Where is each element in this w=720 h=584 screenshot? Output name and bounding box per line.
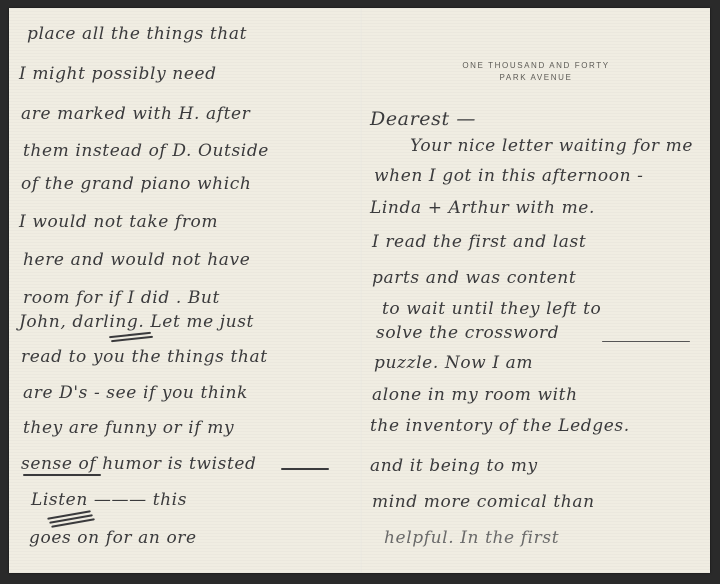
handwritten-line: read to you the things that — [21, 349, 268, 366]
underline-twisted — [281, 468, 329, 470]
handwritten-line: to wait until they left to — [382, 301, 601, 318]
handwritten-line: helpful. In the first — [384, 530, 559, 547]
letter-sheet: place all the things that I might possib… — [9, 8, 710, 573]
handwritten-line: room for if I did . But — [23, 290, 220, 307]
handwritten-line: when I got in this afternoon - — [374, 168, 643, 185]
pen-flourish — [602, 341, 690, 342]
handwritten-line: the inventory of the Ledges. — [370, 418, 630, 435]
handwritten-line: Listen ——— this — [31, 492, 187, 509]
handwritten-line: are D's - see if you think — [23, 385, 248, 402]
handwritten-line: and it being to my — [370, 458, 538, 475]
right-page: One Thousand and Forty Park Avenue Deare… — [362, 8, 710, 573]
handwritten-line: Linda + Arthur with me. — [370, 200, 595, 217]
handwritten-line: I read the first and last — [372, 234, 586, 251]
handwritten-line: I might possibly need — [19, 66, 217, 83]
handwritten-line: place all the things that — [27, 26, 247, 43]
handwritten-line: solve the crossword — [376, 325, 559, 342]
handwritten-line: goes on for an ore — [29, 530, 197, 547]
handwritten-line: they are funny or if my — [23, 420, 234, 437]
handwritten-line: here and would not have — [23, 252, 250, 269]
handwritten-line: mind more comical than — [372, 494, 595, 511]
handwritten-line: puzzle. Now I am — [374, 355, 533, 372]
salutation: Dearest — — [370, 110, 476, 129]
letterhead-line-2: Park Avenue — [362, 73, 710, 82]
handwritten-line: I would not take from — [19, 214, 218, 231]
handwritten-line: are marked with H. after — [21, 106, 250, 123]
handwritten-line: Your nice letter waiting for me — [410, 138, 693, 155]
handwritten-line: parts and was content — [372, 270, 576, 287]
handwritten-line: alone in my room with — [372, 387, 578, 404]
handwritten-line: sense of humor is twisted — [21, 456, 257, 473]
handwritten-line: John, darling. Let me just — [19, 314, 254, 331]
handwritten-line: of the grand piano which — [21, 176, 251, 193]
underline-sense-of — [23, 474, 101, 476]
handwritten-line: them instead of D. Outside — [23, 143, 269, 160]
letterhead-line-1: One Thousand and Forty — [362, 61, 710, 70]
left-page: place all the things that I might possib… — [9, 8, 360, 573]
